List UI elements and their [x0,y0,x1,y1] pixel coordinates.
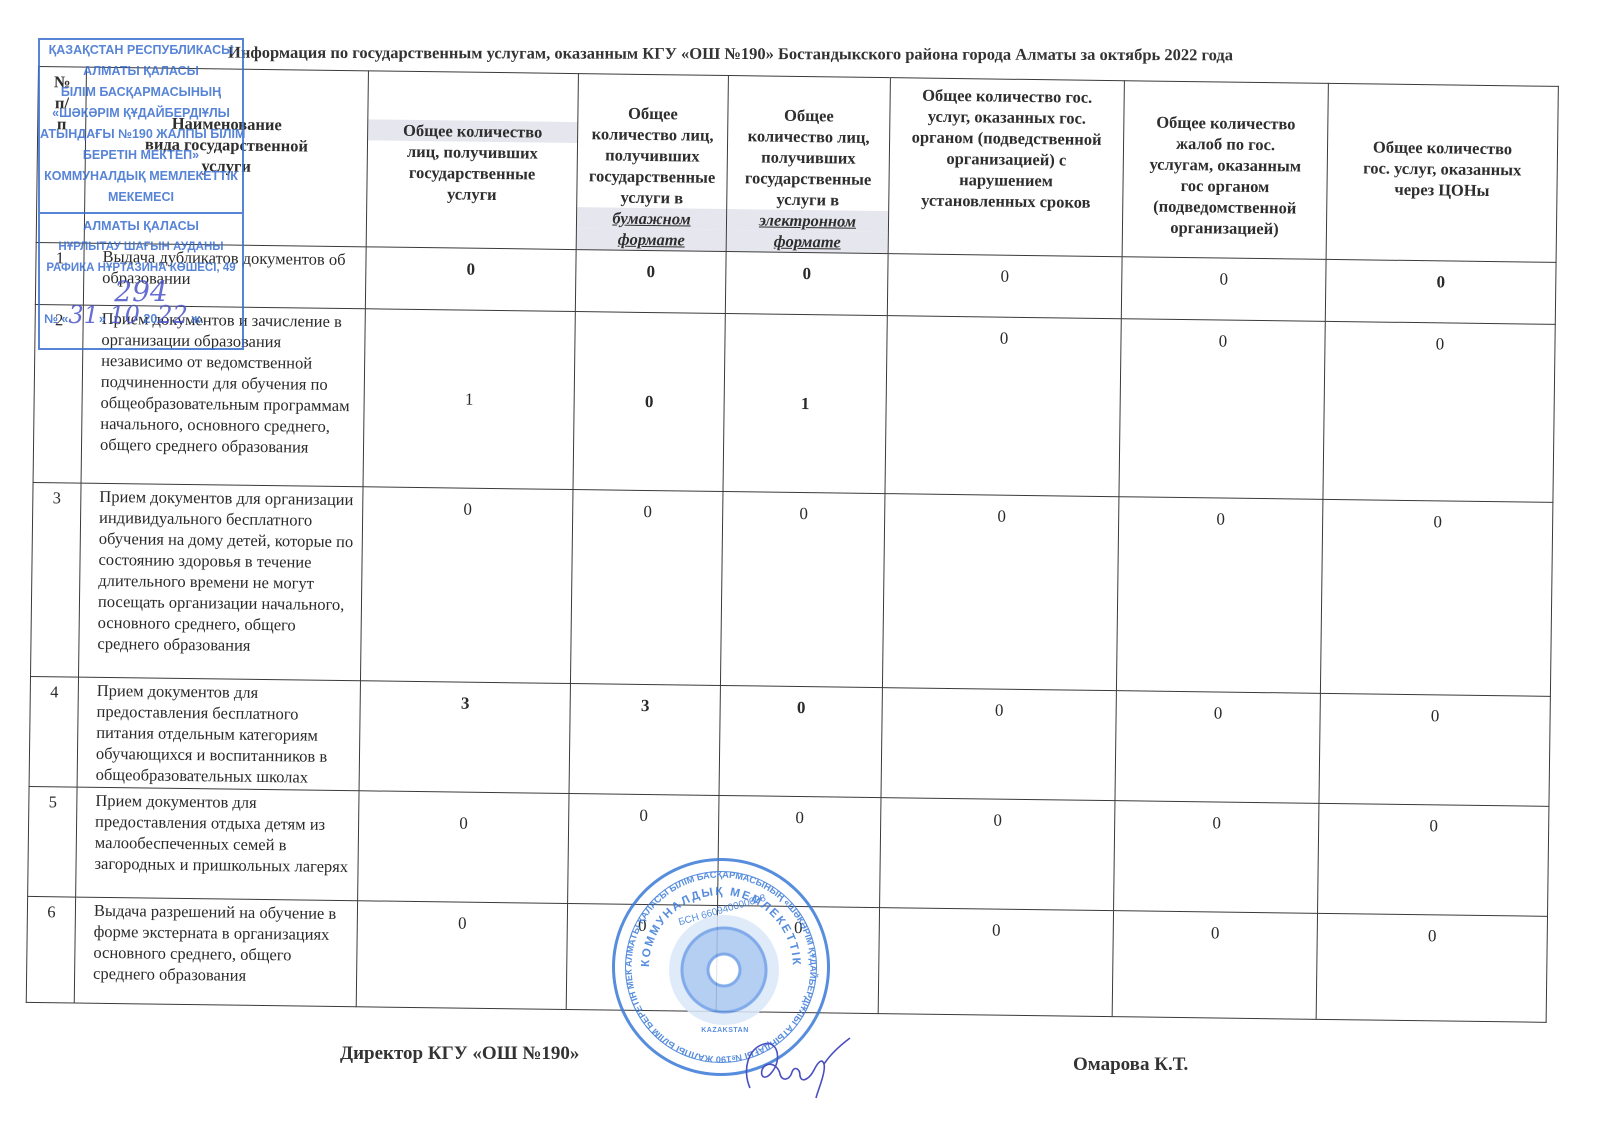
date-century: 20 [143,312,157,326]
value-violations: 0 [880,798,1115,911]
value-violations: 0 [882,494,1119,691]
stamp-divider [40,212,242,214]
table-row: 2 Прием документов и зачисление в органи… [33,304,1555,502]
value-paper: 0 [575,250,726,314]
header-col2-line: количество лиц, [578,123,727,146]
header-col4-line: организацией) с [890,147,1123,171]
stamp-line: «ШӘКӘРІМ ҚҰДАЙБЕРДІҰЛЫ [40,103,242,124]
header-col5-line: гос органом [1123,174,1326,198]
document-title: Информация по государственным услугам, о… [228,43,1233,66]
row-number: 3 [31,482,82,677]
header-col1-line: государственные [368,161,577,185]
row-number: 6 [26,896,75,1003]
header-electronic-format: Общее количество лиц, получивших государ… [726,76,890,254]
date-month: 10 [109,301,140,329]
value-electronic: 0 [725,252,888,316]
header-col6-line: гос. услуг, оказанных [1328,157,1557,181]
value-total: 3 [359,681,570,794]
header-total-recipients: Общее количество лиц, получивших государ… [366,71,578,250]
value-complaints: 0 [1116,497,1323,694]
header-violations: Общее количество гос. услуг, оказанных г… [888,78,1124,257]
header-col2-line: государственные [577,165,726,188]
header-col4-line: установленных сроков [889,189,1122,213]
value-complaints: 0 [1112,911,1317,1020]
signature-icon [738,1030,858,1100]
header-col4-line: Общее количество гос. [891,84,1124,108]
value-con: 0 [1319,693,1550,806]
stamp-line: АТЫНДАҒЫ №190 ЖАЛПЫ БІЛІМ [40,124,242,145]
value-violations: 0 [878,908,1113,1017]
value-electronic: 0 [720,492,885,688]
value-electronic: 0 [719,685,882,797]
header-col3-line: получивших [728,146,889,169]
stamp-line: АЛМАТЫ ҚАЛАСЫ [40,61,242,82]
table-row: 4 Прием документов для предоставления бе… [29,676,1550,806]
registration-stamp: ҚАЗАҚСТАН РЕСПУБЛИКАСЫ АЛМАТЫ ҚАЛАСЫ БІЛ… [38,38,244,350]
header-col4-line: услуг, оказанных гос. [890,105,1123,129]
stamp-line: АЛМАТЫ ҚАЛАСЫ [40,216,242,237]
header-paper-format: Общее количество лиц, получивших государ… [576,74,728,252]
value-total: 0 [365,247,576,312]
header-col4-line: органом (подведственной [890,126,1123,150]
stamp-line: БІЛІМ БАСҚАРМАСЫНЫҢ [40,82,242,103]
date-year: 22 [157,301,188,329]
header-complaints: Общее количество жалоб по гос. услугам, … [1122,81,1328,260]
header-col2-line: Общее [578,102,727,125]
header-col6-line: Общее количество [1328,136,1557,160]
header-col3-line: количество лиц, [728,125,889,148]
header-col3-line: государственные [727,167,888,190]
header-col3-line: Общее [728,104,889,127]
value-paper: 3 [569,684,720,796]
header-col5-line: организацией) [1123,216,1326,240]
header-row: № п/ п Наименование вида государственной… [36,67,1558,263]
registration-date: № «31» 10 2022 ж. [40,305,242,330]
value-con: 0 [1318,803,1549,916]
header-col2-line: получивших [578,144,727,167]
value-violations: 0 [881,688,1116,801]
value-violations: 0 [885,316,1121,497]
value-total: 0 [358,791,569,904]
header-col1-line: Общее количество [368,119,577,143]
value-complaints: 0 [1114,801,1319,914]
header-col1-line: услуги [367,182,576,206]
header-con-services: Общее количество гос. услуг, оказанных ч… [1326,83,1558,262]
value-con: 0 [1320,499,1553,696]
value-violations: 0 [887,254,1122,319]
row-number: 4 [29,676,78,787]
service-name: Прием документов для предоставления бесп… [77,677,360,791]
value-con: 0 [1323,321,1555,502]
value-total: 1 [363,309,575,490]
stamp-line: КОММУНАЛДЫҚ МЕМЛЕКЕТТІК [40,166,242,187]
reg-prefix: № [44,312,58,326]
kazakhstan-emblem-icon [669,915,779,1025]
director-name: Омарова К.Т. [1073,1054,1188,1076]
header-col2-format: формате [577,228,726,251]
stamp-line: НҰРЛЫТАУ ШАҒЫН АУДАНЫ [40,237,242,258]
service-name: Выдача разрешений на обучение в форме эк… [74,897,357,1007]
value-total: 0 [356,901,567,1010]
header-col3-format: электронном [727,209,888,232]
service-name: Прием документов для организации индивид… [79,483,364,681]
header-col5-line: (подведомственной [1123,195,1326,219]
header-col2-line: услуги в [577,186,726,209]
header-col3-format: формате [727,230,888,253]
header-col2-format: бумажном [577,207,726,230]
director-label: Директор КГУ «ОШ №190» [340,1043,579,1065]
header-col5-line: услугам, оказанным [1124,153,1327,177]
header-col5-line: Общее количество [1124,111,1327,135]
header-col5-line: жалоб по гос. [1124,132,1327,156]
date-day: 31 [68,301,99,329]
stamp-line: БЕРЕТІН МЕКТЕП» [40,145,242,166]
value-complaints: 0 [1119,319,1325,500]
service-name: Прием документов для предоставления отды… [76,787,359,901]
header-col1-line: лиц, получивших [368,140,577,164]
header-col4-line: нарушением [889,168,1122,192]
header-col6-line: через ЦОНы [1327,178,1556,202]
stamp-line: ҚАЗАҚСТАН РЕСПУБЛИКАСЫ [40,40,242,61]
value-con: 0 [1325,259,1556,324]
value-complaints: 0 [1121,257,1326,322]
value-electronic: 1 [723,314,887,494]
header-col3-line: услуги в [727,188,888,211]
value-complaints: 0 [1115,691,1320,804]
value-paper: 0 [573,312,725,492]
value-paper: 0 [570,490,723,686]
year-suffix: ж. [191,312,203,326]
value-con: 0 [1316,913,1547,1022]
value-total: 0 [360,487,573,684]
row-number: 5 [28,786,77,897]
table-row: 3 Прием документов для организации индив… [31,482,1553,696]
stamp-line: МЕКЕМЕСІ [40,187,242,208]
